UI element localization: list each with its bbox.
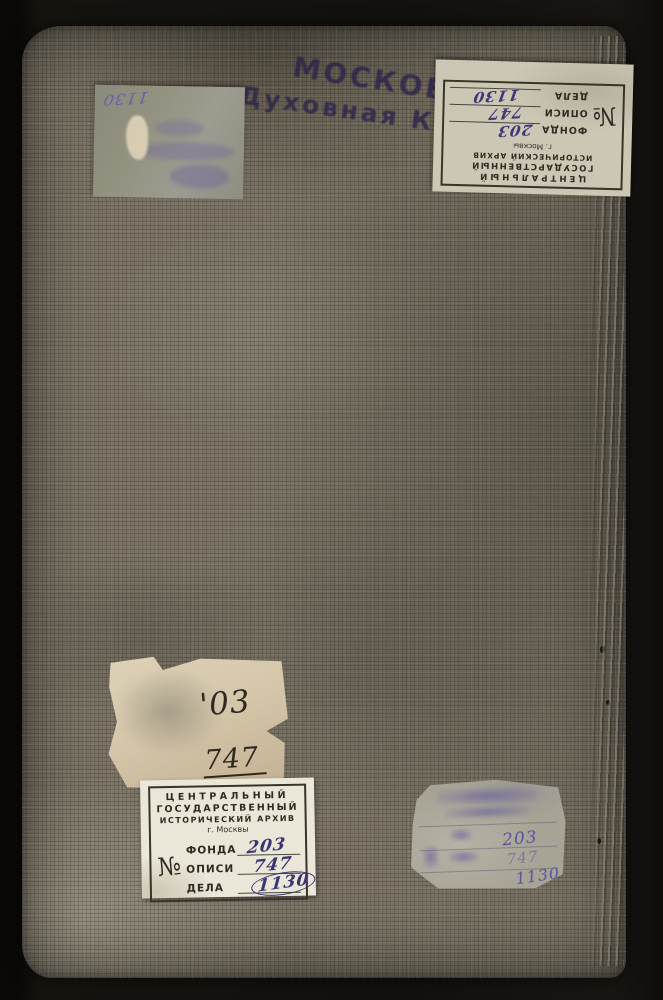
illegible-stamp xyxy=(436,786,536,805)
torn-paper-patch: '03 747 xyxy=(107,654,289,791)
archive-label-border-box: ЦЕНТРАЛЬНЫЙ ГОСУДАРСТВЕННЫЙ ИСТОРИЧЕСКИЙ… xyxy=(440,80,625,191)
archive-label-bottom-left: ЦЕНТРАЛЬНЫЙ ГОСУДАРСТВЕННЫЙ ИСТОРИЧЕСКИЙ… xyxy=(140,777,316,898)
illegible-stamp xyxy=(138,141,234,161)
delo-label: ДЕЛА xyxy=(186,882,234,895)
illegible-stamp xyxy=(422,846,439,869)
illegible-stamp xyxy=(154,120,204,137)
delo-value-handwritten: 1130 xyxy=(472,86,521,107)
fond-label: ФОНДА xyxy=(543,123,587,135)
delo-row: ДЕЛА 1130 xyxy=(450,87,589,108)
delo-line: 1130 xyxy=(237,872,301,893)
faded-label-top-left: 1130 xyxy=(93,85,245,200)
opis-value-handwritten: 747 xyxy=(202,741,267,778)
delo-value-handwritten-circled: 1130 xyxy=(250,867,316,899)
number-sign: № xyxy=(156,851,182,882)
fond-label: ФОНДА xyxy=(186,844,234,857)
fond-value-handwritten: '03 xyxy=(198,683,252,723)
delo-row: ДЕЛА 1130 xyxy=(186,873,301,894)
number-sign: № xyxy=(592,101,617,131)
illegible-stamp xyxy=(169,164,229,189)
archive-field-rows: ФОНДА 203 ОПИСИ 747 ДЕЛА xyxy=(449,87,589,142)
illegible-stamp xyxy=(450,829,472,842)
archive-field-rows: ФОНДА 203 ОПИСИ 747 ДЕЛА xyxy=(186,835,301,894)
archive-label-border-box: ЦЕНТРАЛЬНЫЙ ГОСУДАРСТВЕННЫЙ ИСТОРИЧЕСКИЙ… xyxy=(148,784,308,902)
archive-fields: № ФОНДА 203 ОПИСИ 747 xyxy=(449,87,618,142)
delo-line: 1130 xyxy=(450,87,542,107)
archive-fields: № ФОНДА 203 ОПИСИ 747 xyxy=(156,835,301,895)
illegible-stamp xyxy=(449,850,479,863)
opis-label: ОПИСИ xyxy=(544,106,588,118)
faded-label-bottom-right: 203 747 1130 xyxy=(408,777,568,892)
paper-tear xyxy=(126,115,149,159)
delo-value-handwritten: 1130 xyxy=(101,88,149,110)
archival-photo-book-cover: МОСКОВС Духовная Конс ЦЕНТРАЛЬНЫЙ ГОСУДА… xyxy=(0,0,663,1000)
opis-value-handwritten: 747 xyxy=(506,847,539,868)
illegible-stamp xyxy=(445,805,529,820)
archive-label-top-right: ЦЕНТРАЛЬНЫЙ ГОСУДАРСТВЕННЫЙ ИСТОРИЧЕСКИЙ… xyxy=(432,59,633,196)
opis-label: ОПИСИ xyxy=(186,863,234,876)
delo-label: ДЕЛА xyxy=(544,89,588,101)
